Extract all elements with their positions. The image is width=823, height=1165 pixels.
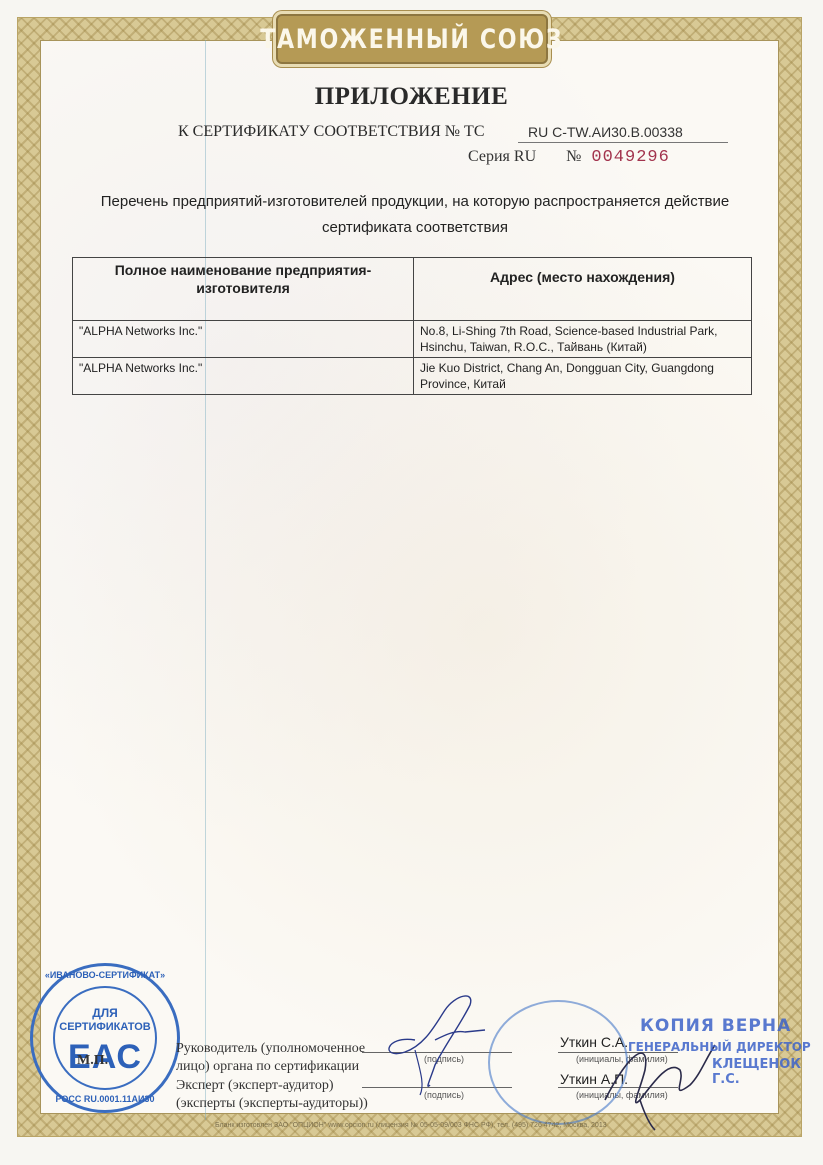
customs-union-banner: ТАМОЖЕННЫЙ СОЮЗ [276,14,548,64]
certification-body-stamp: «ИВАНОВО-СЕРТИФИКАТ» ДЛЯ СЕРТИФИКАТОВ ЕА… [30,963,180,1113]
head-role-line-2: лицо) органа по сертификации [176,1058,365,1076]
stamp-ring-bottom: РОСС RU.0001.11АИ30 [33,1094,177,1104]
intro-line-1: Перечень предприятий-изготовителей проду… [70,189,760,215]
stamp-line-2: СЕРТИФИКАТОВ [33,1021,177,1033]
expert-role-line-1: Эксперт (эксперт-аудитор) [176,1077,368,1095]
manufacturer-name: "ALPHA Networks Inc." [73,358,414,395]
table-header-row: Полное наименование предприятия-изготови… [73,258,752,321]
table-row: "ALPHA Networks Inc." No.8, Li-Shing 7th… [73,321,752,358]
certificate-number-underline [518,142,728,143]
certificate-number: RU C-TW.АИ30.В.00338 [528,124,683,140]
form-footer-note: Бланк изготовлен ЗАО "ОПЦИОН" www.opcion… [215,1122,607,1129]
series-label: Серия RU [468,148,536,165]
table-row: "ALPHA Networks Inc." Jie Kuo District, … [73,358,752,395]
seal-place-label: М.П. [77,1053,108,1069]
copy-certified-stamp-line-1: КОПИЯ ВЕРНА [640,1016,791,1036]
manufacturers-table: Полное наименование предприятия-изготови… [72,257,752,395]
page-title: ПРИЛОЖЕНИЕ [0,83,823,111]
stamp-line-1: ДЛЯ [33,1006,177,1020]
certificate-label: К СЕРТИФИКАТУ СООТВЕТСТВИЯ № ТС [178,123,484,141]
stamp-ring-top: «ИВАНОВО-СЕРТИФИКАТ» [33,970,177,980]
head-role-label: Руководитель (уполномоченное лицо) орган… [176,1040,365,1076]
head-role-line-1: Руководитель (уполномоченное [176,1040,365,1058]
expert-role-label: Эксперт (эксперт-аудитор) (эксперты (экс… [176,1077,368,1113]
serial-number: 0049296 [591,148,669,167]
manufacturer-address: Jie Kuo District, Chang An, Dongguan Cit… [414,358,752,395]
expert-role-line-2: (эксперты (эксперты-аудиторы)) [176,1095,368,1113]
column-header-name: Полное наименование предприятия-изготови… [73,258,414,321]
intro-line-2: сертификата соответствия [70,215,760,241]
series-line: Серия RU № 0049296 [468,148,670,167]
manufacturer-address: No.8, Li-Shing 7th Road, Science-based I… [414,321,752,358]
manufacturer-name: "ALPHA Networks Inc." [73,321,414,358]
copy-certified-stamp-line-2: ГЕНЕРАЛЬНЫЙ ДИРЕКТОР [628,1040,811,1054]
banner-text: ТАМОЖЕННЫЙ СОЮЗ [261,24,564,55]
intro-text: Перечень предприятий-изготовителей проду… [70,189,760,241]
head-signature [375,990,495,1100]
number-sign: № [566,148,581,165]
column-header-address: Адрес (место нахождения) [414,258,752,321]
copy-certified-stamp-line-3: КЛЕЩЕНОК Г.С. [712,1057,823,1087]
